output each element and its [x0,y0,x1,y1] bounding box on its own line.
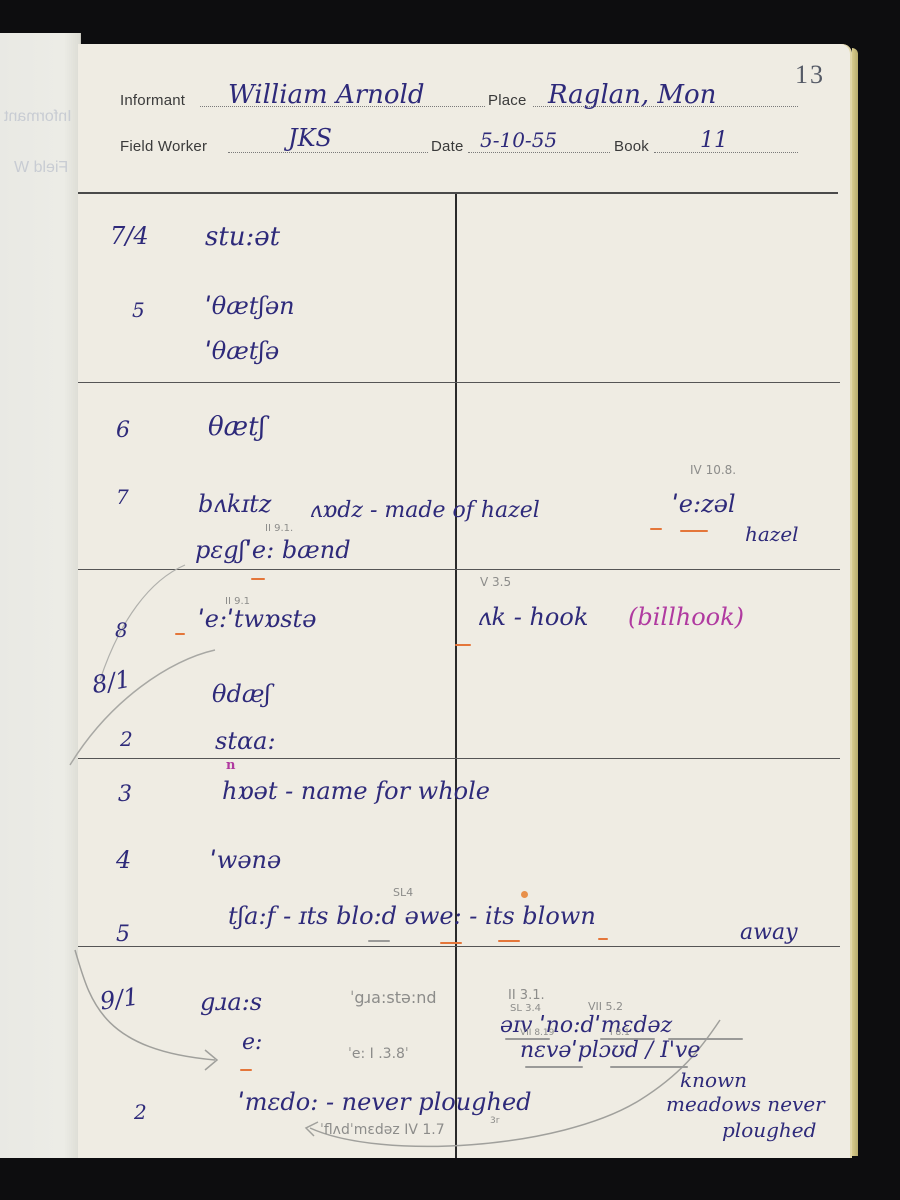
pencil-note: ˈgɹa:stə:nd [350,988,437,1007]
entry-phonetic: stɑa: [215,727,276,755]
page-edge [852,48,858,1156]
entry-continuation: away [740,920,798,945]
orange-mark [498,940,520,942]
reference-code: II 9.1. [265,523,293,534]
field-worker-label: Field Worker [120,138,207,155]
date-dotted-line [468,152,610,153]
book-label: Book [614,138,649,155]
entry-number: 3 [118,782,132,807]
reference-code: SL4 [393,886,413,899]
entry-phonetic: e: [242,1030,262,1055]
entry-gloss: (billhook) [628,603,744,631]
orange-mark [680,530,708,532]
entry-number: 7/4 [110,222,149,250]
entry-gloss: ploughed [722,1118,816,1142]
book-value: 11 [700,128,728,153]
notebook-page [78,44,852,1158]
row-divider [78,758,840,759]
reference-code: IV 10.8. [690,463,736,477]
field-worker-value: JKS [288,124,332,152]
informant-label: Informant [120,92,185,109]
entry-number: 5 [116,922,130,947]
entry-gloss: meadows never [666,1092,825,1116]
entry-number: 2 [120,727,133,751]
orange-mark [251,578,265,580]
entry-phonetic: θdæʃ [212,680,271,708]
orange-dot [521,891,528,898]
entry-right-phonetic: ʌk - hook [478,603,588,631]
entry-phonetic-variant: ˈθætʃə [205,337,279,365]
entry-phonetic: bʌkɪtz [198,490,271,518]
ghost-field-worker-label: Field W [14,159,68,177]
grey-underline [610,1066,688,1068]
entry-phonetic: ˈmɛdo: - never ploughed [238,1088,532,1116]
entry-phonetic: ˈe:ˈtwɒstə [198,605,316,633]
entry-number: 6 [116,418,130,443]
orange-mark [240,1069,252,1071]
field-worker-dotted-line [228,152,428,153]
column-divider [455,194,457,1158]
entry-number: 2 [134,1100,147,1124]
entry-number: 5 [132,298,145,322]
reference-code: 3r [490,1116,499,1126]
pencil-note: ˈe: I .3.8ˈ [348,1046,409,1062]
entry-phonetic: θætʃ [208,412,266,442]
entry-number: 4 [116,846,131,874]
pencil-note: ˈflʌdˈmɛdəz IV 1.7 [320,1122,445,1138]
orange-mark [650,528,662,530]
entry-note: ʌɒdz - made of hazel [310,498,540,523]
place-value: Raglan, Mon [548,80,716,110]
date-label: Date [431,138,464,155]
reference-code: VII 8.19 [520,1028,554,1038]
informant-value: William Arnold [228,80,425,110]
superscript-mark: n [226,758,235,773]
previous-page-edge: Informant Field W [0,33,81,1158]
entry-phonetic: hɒət - name for whole [222,777,490,805]
entry-phonetic: stu:ət [205,222,280,252]
entry-phonetic: ˈwənə [210,846,281,874]
orange-mark [175,633,185,635]
entry-gloss: hazel [745,522,799,546]
reference-code: I 8.1 [610,1028,630,1038]
orange-mark [455,644,471,646]
reference-code: II 3.1. [508,988,545,1003]
place-label: Place [488,92,527,109]
entry-phonetic-line2: pɛgʃˈe: bænd [195,536,351,564]
entry-right-phonetic: ˈe:zəl [672,490,736,518]
header-divider [78,192,838,194]
entry-gloss: known [680,1068,747,1092]
grey-underline [368,940,390,942]
entry-phonetic: ˈθætʃən [205,292,295,320]
reference-code: VII 5.2 [588,1000,623,1013]
entry-right-phonetic: nɛvəˈplɔʊd / I've [520,1038,700,1063]
entry-number: 9/1 [98,982,140,1015]
entry-phonetic: gɹa:s [200,988,262,1016]
orange-mark [440,942,462,944]
reference-code: V 3.5 [480,575,511,589]
date-value: 5-10-55 [480,128,557,152]
grey-underline [525,1066,583,1068]
entry-number: 8 [115,618,128,642]
row-divider [78,946,840,947]
row-divider [78,382,840,383]
entry-phonetic: tʃa:f - ɪts blo:d əwe: - its blown [228,902,596,930]
ghost-informant-label: Informant [4,108,72,126]
orange-mark [598,938,608,940]
page-number: 13 [795,60,825,90]
entry-number: 7 [116,485,129,509]
row-divider [78,569,840,570]
